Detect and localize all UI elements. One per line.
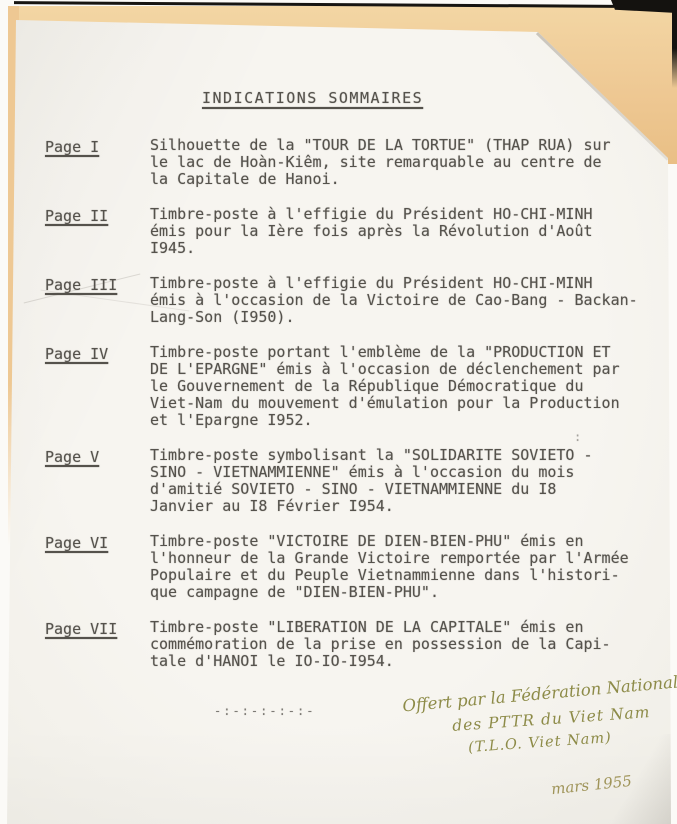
page-label: Page I [45, 138, 99, 156]
toc-entry: Page III Timbre-poste à l'effigie du Pré… [45, 275, 650, 326]
handwritten-date: mars 1955 [550, 772, 632, 798]
page-label-column: Page III [45, 275, 150, 294]
document-content: INDICATIONS SOMMAIRES Page I Silhouette … [0, 0, 677, 824]
page-label: Page VII [45, 620, 117, 638]
toc-entry: Page VI Timbre-poste "VICTOIRE DE DIEN-B… [45, 533, 650, 601]
entry-text: Silhouette de la "TOUR DE LA TORTUE" (TH… [150, 137, 611, 188]
scan-speckle: : [574, 430, 581, 444]
entry-text: Timbre-poste à l'effigie du Président HO… [150, 275, 638, 326]
page-label-column: Page VI [45, 533, 150, 552]
toc-entry: Page V Timbre-poste symbolisant la "SOLI… [45, 447, 650, 515]
toc-entry: Page IV Timbre-poste portant l'emblème d… [45, 344, 650, 429]
entry-text: Timbre-poste "VICTOIRE DE DIEN-BIEN-PHU"… [150, 533, 629, 601]
document-title: INDICATIONS SOMMAIRES [202, 89, 423, 107]
page-label-column: Page VII [45, 619, 150, 638]
toc-entry: Page I Silhouette de la "TOUR DE LA TORT… [45, 137, 650, 188]
page-label-column: Page II [45, 206, 150, 225]
page-label: Page V [45, 448, 99, 466]
entry-text: Timbre-poste à l'effigie du Président HO… [150, 206, 593, 257]
toc-entry: Page II Timbre-poste à l'effigie du Prés… [45, 206, 650, 257]
page-label-column: Page I [45, 137, 150, 156]
page-label-column: Page IV [45, 344, 150, 363]
page-label: Page II [45, 207, 108, 225]
handwritten-dedication-line: (T.L.O. Viet Nam) [468, 730, 613, 756]
entry-text: Timbre-poste portant l'emblème de la "PR… [150, 344, 620, 429]
page-label-column: Page V [45, 447, 150, 466]
page-label: Page IV [45, 345, 108, 363]
page-label: Page VI [45, 534, 108, 552]
toc-entry: Page VII Timbre-poste "LIBERATION DE LA … [45, 619, 650, 670]
typed-divider: -:-:-:-:-:- [214, 704, 315, 718]
entry-text: Timbre-poste "LIBERATION DE LA CAPITALE"… [150, 619, 611, 670]
toc-entries: Page I Silhouette de la "TOUR DE LA TORT… [45, 137, 650, 688]
scanned-document: INDICATIONS SOMMAIRES Page I Silhouette … [0, 0, 677, 824]
entry-text: Timbre-poste symbolisant la "SOLIDARITE … [150, 447, 593, 515]
page-label: Page III [45, 276, 117, 294]
